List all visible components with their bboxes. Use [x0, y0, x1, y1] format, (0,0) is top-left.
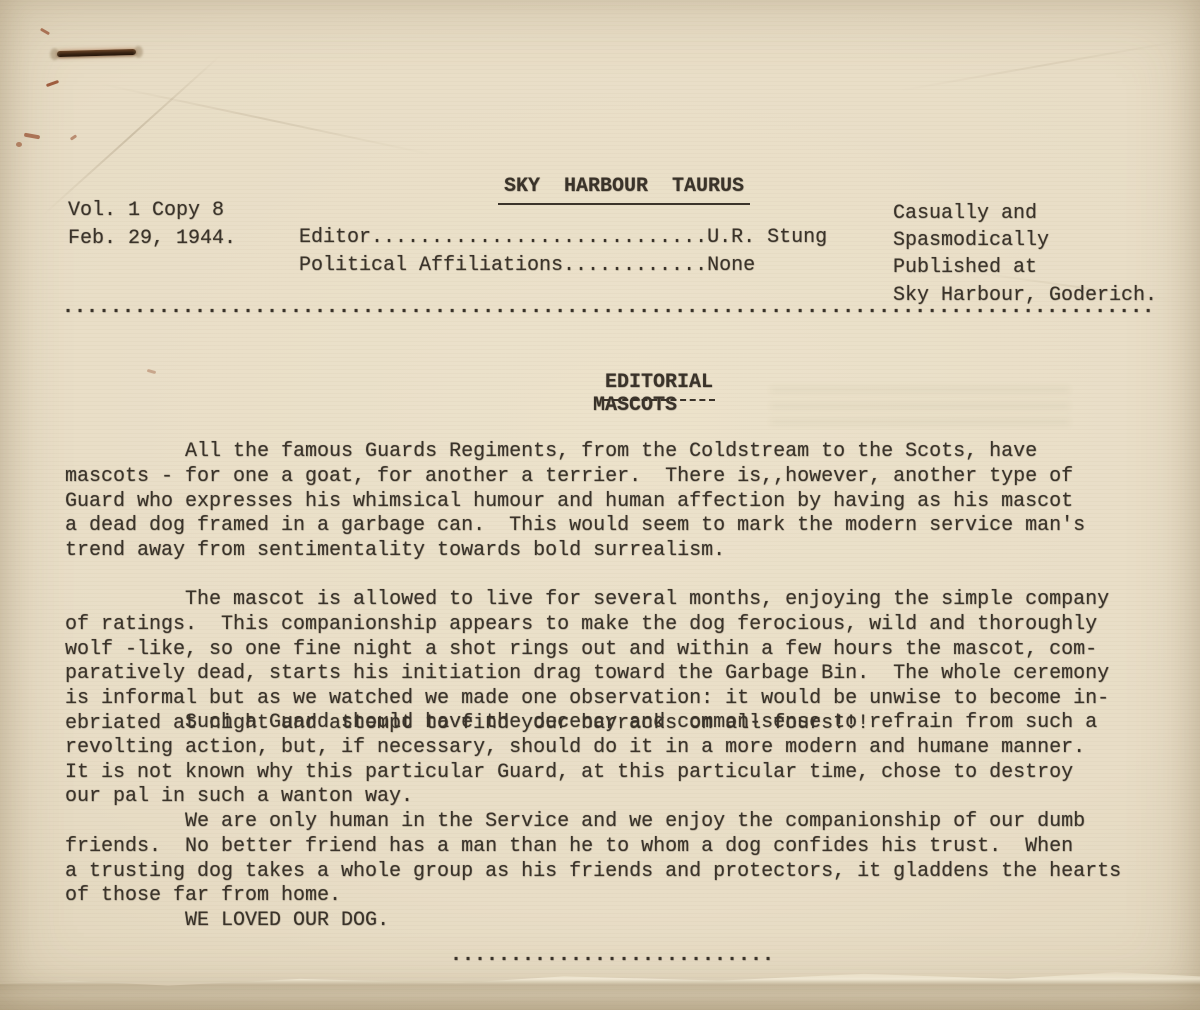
torn-paper-edge — [0, 968, 1200, 1010]
document-page: SKY HARBOUR TAURUS Vol. 1 Copy 8 Feb. 29… — [0, 0, 1200, 1010]
article-closing-line: WE LOVED OUR DOG. — [65, 909, 1150, 934]
article-title: MASCOTS — [70, 394, 1200, 419]
affiliations-line: Political Affiliations............None — [299, 254, 755, 277]
rust-speck — [24, 133, 40, 140]
masthead-editor-block: Editor............................U.R. S… — [299, 224, 827, 279]
rust-speck — [70, 134, 77, 140]
article-paragraph-3: Such a Guard should have the decency and… — [65, 711, 1150, 810]
staple-mark — [57, 49, 136, 57]
article-paragraph-1: All the famous Guards Regiments, from th… — [65, 440, 1150, 564]
rust-speck — [46, 80, 59, 87]
masthead-volume-date: Vol. 1 Copy 8 Feb. 29, 1944. — [68, 197, 236, 252]
volume-line: Vol. 1 Copy 8 — [68, 199, 224, 222]
article-paragraph-4: We are only human in the Service and we … — [65, 810, 1150, 909]
dotted-divider-bottom: ........................... — [450, 944, 774, 969]
paper-crease — [897, 38, 1193, 92]
date-line: Feb. 29, 1944. — [68, 227, 236, 250]
editor-line: Editor............................U.R. S… — [299, 226, 827, 249]
newsletter-title-text: SKY HARBOUR TAURUS — [498, 175, 750, 205]
dotted-divider-top: ........................................… — [62, 296, 1162, 321]
rust-speck — [40, 28, 50, 36]
rust-speck — [16, 142, 22, 147]
masthead-publisher-block: Casually and Spasmodically Published at … — [893, 200, 1157, 309]
